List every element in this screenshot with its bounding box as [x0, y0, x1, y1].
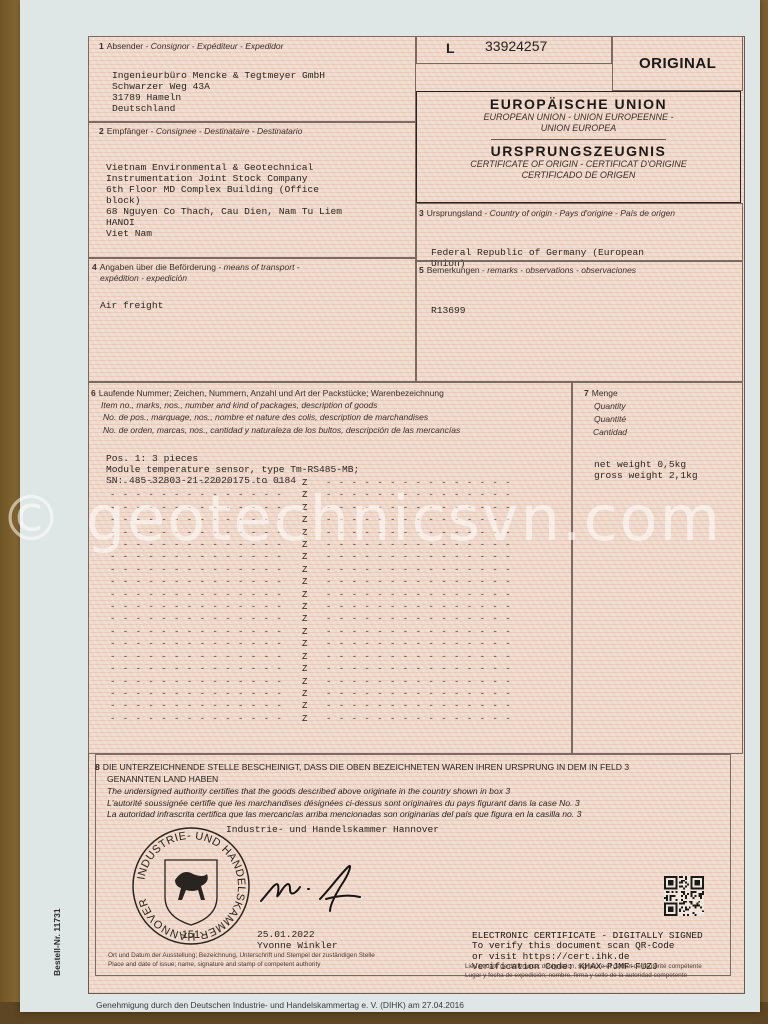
box8-cert-de-2: GENANNTEN LAND HABEN	[107, 774, 218, 785]
box6-label-es: No. de orden, marcas, nos., cantidad y n…	[103, 425, 460, 436]
issuing-authority: Industrie- und Handelskammer Hannover	[226, 824, 439, 835]
box6-label: 6Laufende Nummer; Zeichen, Nummern, Anza…	[91, 388, 444, 399]
footnote-right-2: Lugar y fecha de expedición; nombre, fir…	[465, 972, 687, 980]
qr-code-icon[interactable]	[664, 876, 704, 916]
title-cert-sub-1: CERTIFICATE OF ORIGIN - CERTIFICAT D'ORI…	[417, 159, 740, 170]
title-eu: EUROPÄISCHE UNION	[417, 96, 740, 112]
box3-label: 3Ursprungsland - Country of origin - Pay…	[419, 208, 675, 219]
box8-cert-de: 8DIE UNTERZEICHNENDE STELLE BESCHEINIGT,…	[95, 762, 629, 773]
serial-number: 33924257	[485, 38, 547, 54]
copy-type: ORIGINAL	[639, 55, 716, 72]
box4-label: 4Angaben über die Beförderung - means of…	[92, 262, 300, 273]
svg-text:151: 151	[182, 929, 200, 941]
box5-label: 5Bemerkungen - remarks - observations - …	[419, 265, 636, 276]
box8-cert-es: La autoridad infrascrita certifica que l…	[107, 809, 581, 820]
issue-date: 25.01.2022	[257, 929, 315, 940]
footnote-left-2: Place and date of issue; name, signature…	[108, 961, 320, 969]
title-certificate: URSPRUNGSZEUGNIS	[417, 143, 740, 159]
quantity-values: net weight 0,5kg gross weight 2,1kg	[594, 448, 698, 481]
box1-label: 1Absender - Consignor - Expéditeur - Exp…	[99, 41, 283, 52]
box8-cert-en: The undersigned authority certifies that…	[107, 786, 510, 797]
eu-header: EUROPÄISCHE UNION EUROPEAN UNION - UNION…	[416, 91, 741, 203]
signature-icon	[256, 863, 366, 913]
title-eu-sub-2: UNION EUROPEA	[417, 123, 740, 134]
header-divider	[491, 139, 666, 140]
box7-label-fr: Quantité	[594, 414, 626, 425]
order-number-label: Bestell-Nr. 11731	[52, 908, 62, 976]
box6-label-en: Item no., marks, nos., number and kind o…	[101, 400, 377, 411]
box4-label-2: expédition - expedición	[100, 273, 187, 284]
box7-label: 7Menge	[584, 388, 618, 399]
approval-footer: Genehmigung durch den Deutschen Industri…	[96, 1000, 464, 1010]
title-eu-sub-1: EUROPEAN UNION - UNION EUROPEENNE -	[417, 112, 740, 123]
footnote-right-1: Lieu et date de délivrance; désignation,…	[465, 963, 702, 971]
serial-prefix: L	[446, 40, 455, 56]
box-remarks	[416, 261, 743, 382]
box7-label-es: Cantidad	[593, 427, 627, 438]
box8-cert-fr: L'autorité soussignée certifie que les m…	[107, 798, 580, 809]
box2-label: 2Empfänger - Consignee - Destinataire - …	[99, 126, 302, 137]
box7-label-en: Quantity	[594, 401, 626, 412]
footnote-left-1: Ort und Datum der Ausstellung; Bezeichnu…	[108, 952, 375, 960]
signatory-name: Yvonne Winkler	[257, 940, 338, 951]
consignee-address: Vietnam Environmental & Geotechnical Ins…	[106, 151, 342, 239]
remarks-value: R13699	[431, 305, 466, 316]
consignor-address: Ingenieurbüro Mencke & Tegtmeyer GmbH Sc…	[112, 59, 325, 114]
chamber-seal-icon: INDUSTRIE- UND HANDELSKAMMER HANNOVER 15…	[130, 825, 252, 947]
box6-label-fr: No. de pos., marquage, nos., nombre et n…	[103, 412, 428, 423]
transport-value: Air freight	[100, 300, 163, 311]
watermark: © geotechnicsvn.com	[0, 482, 722, 555]
title-cert-sub-2: CERTIFICADO DE ORIGEN	[417, 170, 740, 181]
